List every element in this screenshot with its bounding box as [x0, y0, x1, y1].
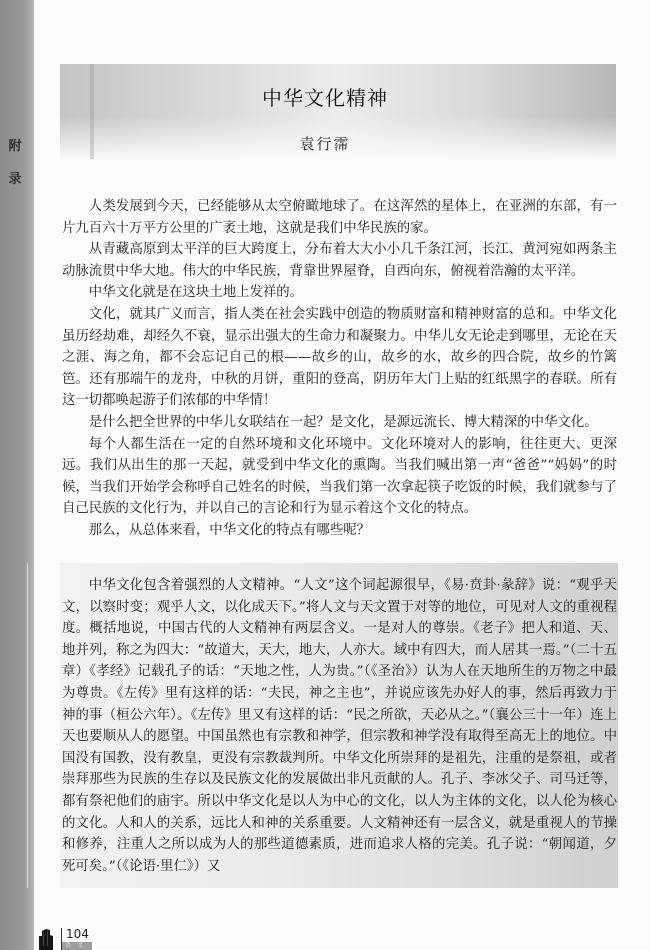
paragraph: 中华文化包含着强烈的人文精神。“人文”这个词起源很早，《易·贲卦·彖辞》说：“观…: [62, 575, 617, 877]
paragraph: 从青藏高原到太平洋的巨大跨度上，分布着大大小小几千条江河，长江、黄河宛如两条主动…: [62, 239, 617, 282]
article-title: 中华文化精神: [0, 82, 650, 111]
paragraph: 是什么把全世界的中华儿女联结在一起？是文化，是源远流长、博大精深的中华文化。: [62, 412, 617, 434]
side-tab-char-2: 录: [0, 168, 30, 187]
paragraph: 那么，从总体来看，中华文化的特点有哪些呢？: [62, 520, 617, 542]
book-stack-icon: [36, 927, 55, 950]
paragraph: 人类发展到今天，已经能够从太空俯瞰地球了。在这浑然的星体上，在亚洲的东部，有一片…: [62, 196, 617, 239]
subject-label: 语文: [62, 942, 92, 950]
paragraph: 每个人都生活在一定的自然环境和文化环境中。文化环境对人的影响，往往更大、更深远。…: [62, 434, 617, 520]
article-author: 袁行霈: [0, 133, 650, 154]
humanism-section: 中华文化包含着强烈的人文精神。“人文”这个词起源很早，《易·贲卦·彖辞》说：“观…: [62, 575, 617, 877]
intro-section: 人类发展到今天，已经能够从太空俯瞰地球了。在这浑然的星体上，在亚洲的东部，有一片…: [62, 196, 617, 542]
page-number: 104: [66, 927, 89, 941]
paragraph: 文化，就其广义而言，指人类在社会实践中创造的物质财富和精神财富的总和。中华文化虽…: [62, 304, 617, 412]
paragraph: 中华文化就是在这块土地上发祥的。: [62, 282, 617, 304]
